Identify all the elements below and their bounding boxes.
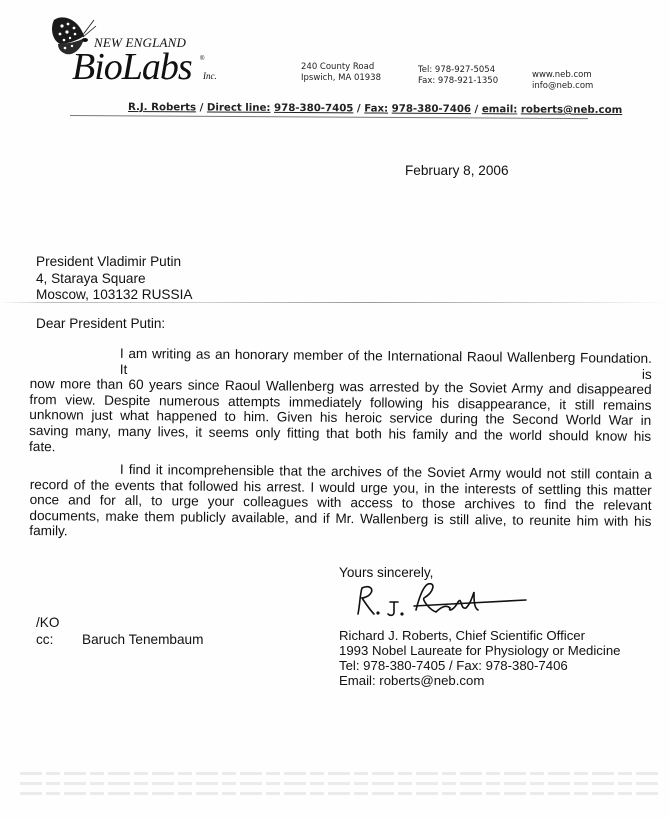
direct-email[interactable]: roberts@neb.com: [521, 104, 622, 116]
signatory-name-title: Richard J. Roberts, Chief Scientific Off…: [339, 628, 621, 643]
letterhead-address: 240 County Road Ipswich, MA 01938: [301, 62, 381, 84]
cc-recipient: Baruch Tenembaum: [82, 632, 203, 647]
phone-line: Tel: 978-927-5054: [418, 65, 498, 76]
fax-label: Fax:: [364, 103, 388, 114]
letterhead-phone: Tel: 978-927-5054 Fax: 978-921-1350: [418, 65, 498, 87]
address-line: 240 County Road: [301, 62, 381, 73]
direct-line-info: R.J. Roberts / Direct line: 978-380-7405…: [128, 102, 622, 116]
signatory-contact: Tel: 978-380-7405 / Fax: 978-380-7406: [339, 658, 621, 673]
direct-line-rule: [70, 115, 588, 119]
signatory-email[interactable]: Email: roberts@neb.com: [339, 673, 621, 688]
paper-fold-line: [0, 302, 670, 303]
body-paragraph-1: I am writing as an honorary member of th…: [29, 345, 652, 460]
signatory-block: Richard J. Roberts, Chief Scientific Off…: [339, 628, 621, 688]
signatory-honor: 1993 Nobel Laureate for Physiology or Me…: [339, 643, 621, 658]
recipient-address: President Vladimir Putin 4, Staraya Squa…: [36, 254, 192, 304]
closing: Yours sincerely,: [339, 565, 433, 580]
signature-icon: [350, 580, 530, 622]
direct-name: R.J. Roberts: [128, 102, 196, 113]
logo-suffix: Inc.: [203, 71, 217, 81]
recipient-name: President Vladimir Putin: [36, 254, 192, 271]
neb-logo: NEW ENGLAND BioLabs ® Inc.: [48, 14, 248, 84]
cc-label: cc:: [36, 632, 53, 647]
salutation: Dear President Putin:: [36, 316, 165, 331]
letter-page: NEW ENGLAND BioLabs ® Inc. 240 County Ro…: [0, 0, 670, 818]
email-link[interactable]: info@neb.com: [532, 81, 593, 92]
body-paragraph-2: I find it incomprehensible that the arch…: [29, 461, 652, 545]
website-link[interactable]: www.neb.com: [532, 70, 593, 81]
letter-date: February 8, 2006: [405, 163, 509, 178]
address-line: Ipswich, MA 01938: [301, 73, 381, 84]
fax-line: Fax: 978-921-1350: [418, 76, 498, 87]
fax-number: 978-380-7406: [392, 104, 471, 115]
logo-name: BioLabs: [72, 48, 192, 86]
email-label: email:: [482, 104, 518, 115]
handwritten-signature: [350, 580, 530, 622]
typist-initials: /KO: [36, 615, 59, 630]
direct-label: Direct line:: [207, 102, 271, 113]
bleed-through-texture: [20, 765, 660, 805]
registered-mark: ®: [200, 56, 204, 62]
recipient-street: 4, Staraya Square: [36, 271, 192, 288]
letterhead-web: www.neb.com info@neb.com: [532, 70, 593, 92]
direct-number: 978-380-7405: [274, 103, 353, 114]
